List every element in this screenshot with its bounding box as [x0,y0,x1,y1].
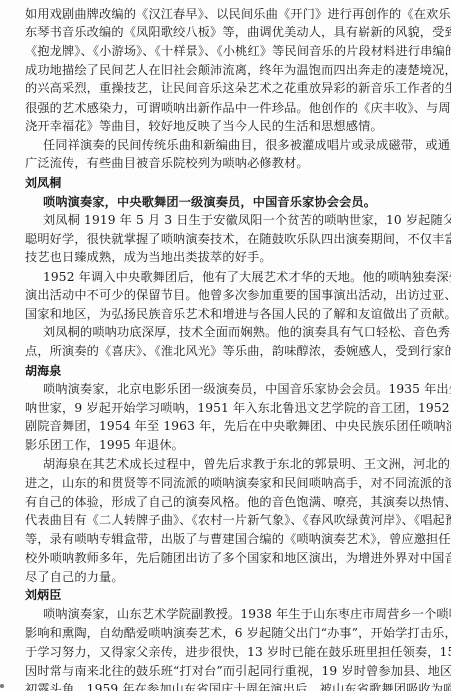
text-line: 尽了自己的力量。 [25,569,433,585]
text-line: 演出活动中不可少的保留节目。他曾多次参加重要的国事演出活动，出访过亚、非、欧、美… [25,287,433,303]
text-line: 进之，山东的和贯贤等不同流派的唢呐演奏家和民间唢呐高手，对不同流派的演奏格调和技… [25,475,433,491]
text-line: 《抱龙牌》、《小游场》、《十样景》、《小桃红》等民间音乐的片段材料进行串编的《一… [25,43,433,59]
bio-summary-line: 唢呐演奏家，中央歌舞团一级演奏员，中国音乐家协会会员。 [43,194,433,210]
text-line: 等，录有唢呐专辑盒带，出版了与曹建国合编的《唢呐演奏艺术》，曾应邀担任中国音乐学… [25,531,433,547]
text-line: 代表曲目有《二人转牌子曲》、《农村一片新气象》、《春风吹绿黄河岸》、《唱起豫调庆… [25,512,433,528]
text-line: 因时常与南来北往的鼓乐班“打对台”而引起同行重视，19 岁时曾参加县、地区民间音… [25,663,433,679]
text-line: 唢呐演奏家，北京电影乐团一级演奏员，中国音乐家协会会员。1935 年出生于辽宁省… [43,381,433,397]
text-line: 点，所演奏的《喜庆》、《淮北风光》等乐曲，韵味醇浓，委婉感人，受到行家的赞赏。 [25,343,433,359]
text-line: 很强的艺术感染力，可谓唢呐出新作品中一件珍品。他创作的《庆丰收》、与周德明合作的… [25,100,433,116]
section-heading: 胡海泉 [25,363,433,379]
text-line: 国家和地区，为弘扬民族音乐艺术和增进与各国人民的了解和友谊做出了贡献。 [25,306,433,322]
text-line: 刘凤桐的唢呐功底深厚，技术全面而娴熟。他的演奏具有气口轻松、音色秀美、表现细腻的… [43,324,433,340]
text-line: 聪明好学，很快就掌握了唢呐演奏技术，在随鼓吹乐队四出演奏期间，不仅丰富了演奏曲目… [25,231,433,247]
text-line: 任同祥演奏的民间传统乐曲和新编曲目，很多被灌成唱片或录成磁带，或通过电台录音播放… [43,137,433,153]
text-line: 校外唢呐教师多年，先后随团出访了多个国家和地区演出，为增进外界对中国音乐传统文化… [25,550,433,566]
text-line: 浇开幸福花》等曲目，较好地反映了当今人民的生活和思想感情。 [25,118,433,134]
text-line: 胡海泉在其艺术成长过程中，曾先后求教于东北的郭景明、王文洲，河北的赵春亭，河南的… [43,456,433,472]
section-heading: 刘炳臣 [25,587,433,603]
text-line: 有自己的体验，形成了自己的演奏风格。他的音色饱满、嘹亮，其演奏以热情、刚劲为主要… [25,494,433,510]
text-line: 技艺也日臻成熟，成为当地出类拔萃的好手。 [25,249,433,265]
scanned-book-page: 如用戏剧曲牌改编的《汉江春早》、以民间乐曲《开门》进行再创作的《在欢乐的日子里》… [0,0,451,691]
text-line: 剧院音舞团，1954 年至 1963 年，先后在中央歌舞团、中央民族乐团任唢呐演… [25,418,433,434]
text-line: 东琴书音乐改编的《凤阳歌绞八板》等，曲调优美动人，具有崭新的风貌，受到人们的喜爱… [25,24,433,40]
text-line: 影响和熏陶，自幼酷爱唢呐演奏艺术，6 岁起随父出门“办事”，开始学打击乐，继而学… [25,625,433,641]
text-line: 1952 年调入中央歌舞团后，他有了大展艺术才华的天地。他的唢呐独奏深受群众欢迎… [43,269,433,285]
text-line: 刘凤桐 1919 年 5 月 3 日生于安徽凤阳一个贫苦的唢呐世家，10 岁起随… [43,212,433,228]
text-line: 初露头角，1959 年在参加山东省国庆十周年演出后，被山东省歌舞团吸收为唢呐独奏… [25,681,433,691]
text-line: 于学习努力，又得家父亲传，进步很快，13 岁时已能在鼓乐班里担任领奏，15 岁时… [25,644,433,660]
scan-artifact-dot [0,684,4,688]
text-line: 唢呐演奏家，山东艺术学院副教授。1938 年生于山东枣庄市周营乡一个唢呐世家，因… [43,606,433,622]
text-line: 的兴高采烈，重操技艺，让民间音乐这朵艺术之花重放异彩的新音乐工作者的生动形象。乐… [25,80,433,96]
section-heading: 刘凤桐 [25,175,433,191]
text-line: 广泛流传，有些曲目被音乐院校列为唢呐必修教材。 [25,155,433,171]
text-line: 成功地描绘了民间艺人在旧社会颠沛流离，终年为温饱而四出奔走的凄楚境况，以及新中国… [25,62,433,78]
text-line: 如用戏剧曲牌改编的《汉江春早》、以民间乐曲《开门》进行再创作的《在欢乐的日子里》… [25,6,433,22]
text-line: 影乐团工作，1995 年退休。 [25,437,433,453]
text-line: 呐世家，9 岁起开始学习唢呐，1951 年入东北鲁迅文艺学院的音工团，1952 … [25,400,433,416]
